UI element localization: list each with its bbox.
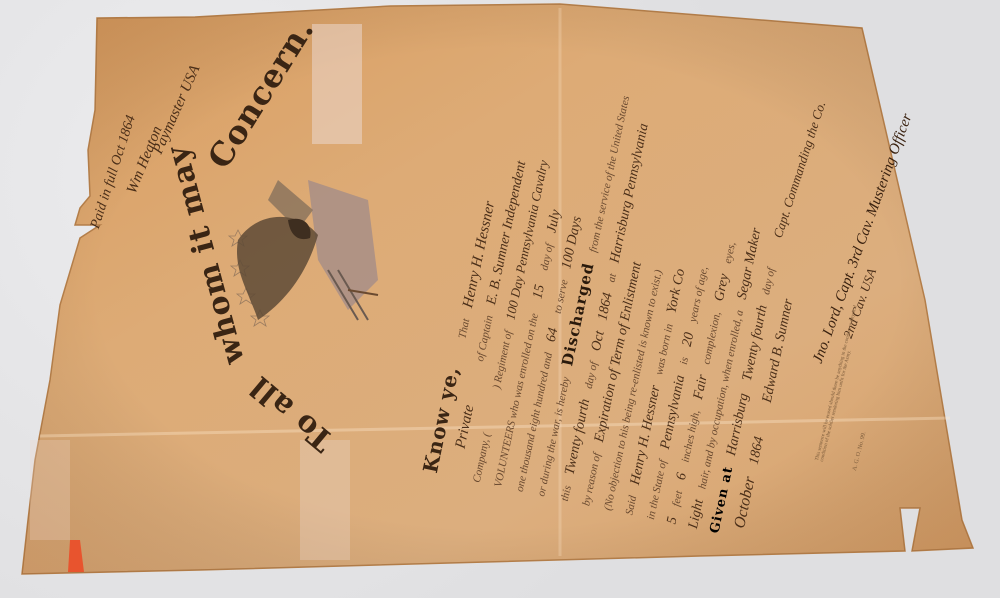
tape-strip-top bbox=[312, 24, 362, 144]
said-label: Said bbox=[623, 495, 639, 517]
age-value: 20 bbox=[680, 331, 698, 348]
enrolled-day: 15 bbox=[530, 283, 548, 300]
discharge-year: 1864 bbox=[595, 291, 615, 322]
enrolled-year: 64 bbox=[544, 327, 562, 344]
eyes-value: Grey bbox=[712, 273, 732, 303]
at-label: at bbox=[605, 273, 619, 284]
day-of-label: day of bbox=[538, 242, 555, 271]
given-day-label: day of bbox=[760, 267, 777, 296]
that-label: That bbox=[456, 317, 472, 339]
eyes-label: eyes, bbox=[722, 241, 738, 265]
discharge-month: Oct bbox=[589, 330, 608, 353]
this-label: this bbox=[559, 484, 574, 502]
complexion-value: Fair bbox=[691, 373, 711, 400]
given-year: 1864 bbox=[747, 435, 767, 466]
eagle-flag-vignette bbox=[218, 170, 388, 330]
height-inches: 6 bbox=[674, 471, 690, 481]
tape-strip-bottom bbox=[300, 440, 350, 560]
discharge-day-label: day of bbox=[583, 361, 600, 390]
photo-stage: Paid in full Oct 1864 Wm Heaton Paymaste… bbox=[0, 0, 1000, 598]
enrolled-month: July bbox=[544, 208, 564, 234]
feet-label: feet bbox=[670, 490, 685, 508]
discharge-document: Paid in full Oct 1864 Wm Heaton Paymaste… bbox=[0, 0, 1000, 598]
tape-strip-left bbox=[30, 440, 70, 540]
age-label: is bbox=[678, 356, 691, 366]
